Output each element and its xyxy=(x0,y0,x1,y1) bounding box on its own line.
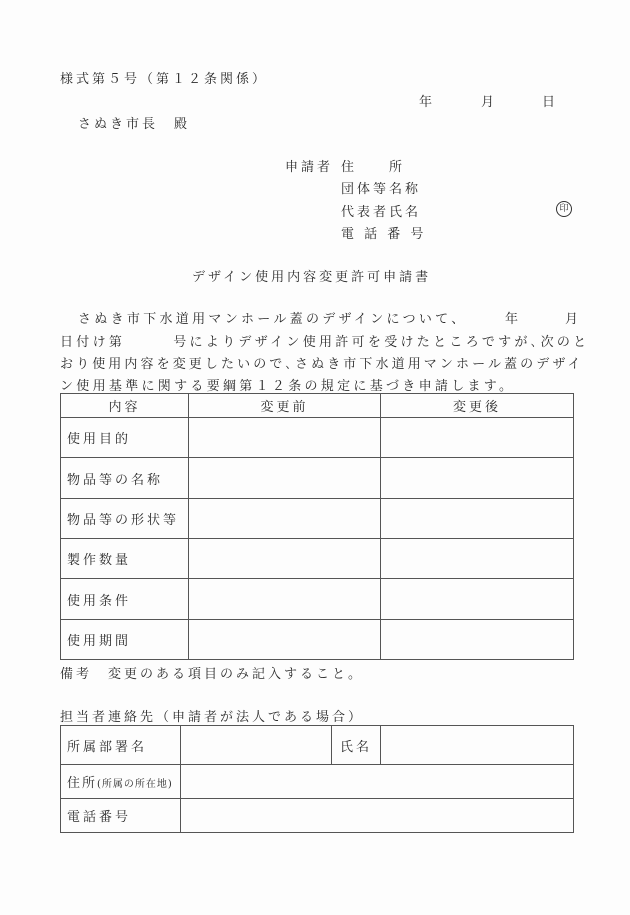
after-field-purpose[interactable] xyxy=(381,418,574,458)
phone-field[interactable] xyxy=(181,799,574,833)
table-row: 所属部署名 氏名 xyxy=(61,726,574,765)
after-field-item-shape[interactable] xyxy=(381,499,574,539)
body-month: 月 xyxy=(565,308,578,327)
before-field-conditions[interactable] xyxy=(189,579,381,620)
applicant-label: 申請者 xyxy=(285,156,333,175)
row-label-quantity: 製作数量 xyxy=(61,539,189,579)
body-line-1: さぬき市下水道用マンホール蓋のデザインについて、 xyxy=(60,308,468,327)
address-label: 住所(所属の所在地) xyxy=(61,765,181,799)
phone-label: 電話番号 xyxy=(61,799,181,833)
table-header-row: 内容 変更前 変更後 xyxy=(61,394,574,418)
date-month-label: 月 xyxy=(481,91,494,110)
before-field-item-shape[interactable] xyxy=(189,499,381,539)
body-line-2: 日付け第号によりデザイン使用許可を受けたところですが､次のと xyxy=(60,331,589,350)
applicant-address-label: 住 所 xyxy=(341,156,417,175)
document-title: デザイン使用内容変更許可申請書 xyxy=(192,266,431,285)
department-field[interactable] xyxy=(181,726,332,765)
name-label: 氏名 xyxy=(332,726,381,765)
row-label-purpose: 使用目的 xyxy=(61,418,189,458)
after-field-item-name[interactable] xyxy=(381,458,574,499)
table-row: 電話番号 xyxy=(61,799,574,833)
body-line-3: おり使用内容を変更したいので､さぬき市下水道用マンホール蓋のデザイ xyxy=(60,353,584,372)
before-field-quantity[interactable] xyxy=(189,539,381,579)
table-row: 使用条件 xyxy=(61,579,574,620)
seal-mark-icon: 印 xyxy=(556,200,572,217)
after-field-period[interactable] xyxy=(381,620,574,660)
name-field[interactable] xyxy=(381,726,574,765)
body-line-4: ン使用基準に関する要綱第１２条の規定に基づき申請します。 xyxy=(60,375,515,394)
header-after: 変更後 xyxy=(381,394,574,418)
before-field-purpose[interactable] xyxy=(189,418,381,458)
change-table: 内容 変更前 変更後 使用目的 物品等の名称 物品等の形状等 製作数量 使用条件… xyxy=(60,393,574,660)
contact-heading: 担当者連絡先（申請者が法人である場合） xyxy=(60,706,364,725)
after-field-conditions[interactable] xyxy=(381,579,574,620)
applicant-representative-label: 代表者氏名 xyxy=(341,201,421,220)
form-number: 様式第５号（第１２条関係） xyxy=(60,68,268,87)
header-before: 変更前 xyxy=(189,394,381,418)
table-row: 製作数量 xyxy=(61,539,574,579)
header-item: 内容 xyxy=(61,394,189,418)
table-row: 住所(所属の所在地) xyxy=(61,765,574,799)
address-field[interactable] xyxy=(181,765,574,799)
table-row: 物品等の名称 xyxy=(61,458,574,499)
table-row: 使用期間 xyxy=(61,620,574,660)
applicant-org-name-label: 団体等名称 xyxy=(341,178,421,197)
date-year-label: 年 xyxy=(419,91,432,110)
row-label-item-shape: 物品等の形状等 xyxy=(61,499,189,539)
addressee: さぬき市長 殿 xyxy=(78,113,190,132)
note: 備考 変更のある項目のみ記入すること。 xyxy=(60,663,364,682)
after-field-quantity[interactable] xyxy=(381,539,574,579)
before-field-item-name[interactable] xyxy=(189,458,381,499)
contact-table: 所属部署名 氏名 住所(所属の所在地) 電話番号 xyxy=(60,725,574,833)
department-label: 所属部署名 xyxy=(61,726,181,765)
row-label-period: 使用期間 xyxy=(61,620,189,660)
table-row: 物品等の形状等 xyxy=(61,499,574,539)
body-year: 年 xyxy=(505,308,518,327)
row-label-conditions: 使用条件 xyxy=(61,579,189,620)
before-field-period[interactable] xyxy=(189,620,381,660)
row-label-item-name: 物品等の名称 xyxy=(61,458,189,499)
date-day-label: 日 xyxy=(542,91,555,110)
table-row: 使用目的 xyxy=(61,418,574,458)
applicant-phone-label: 電 話 番 号 xyxy=(341,223,426,242)
